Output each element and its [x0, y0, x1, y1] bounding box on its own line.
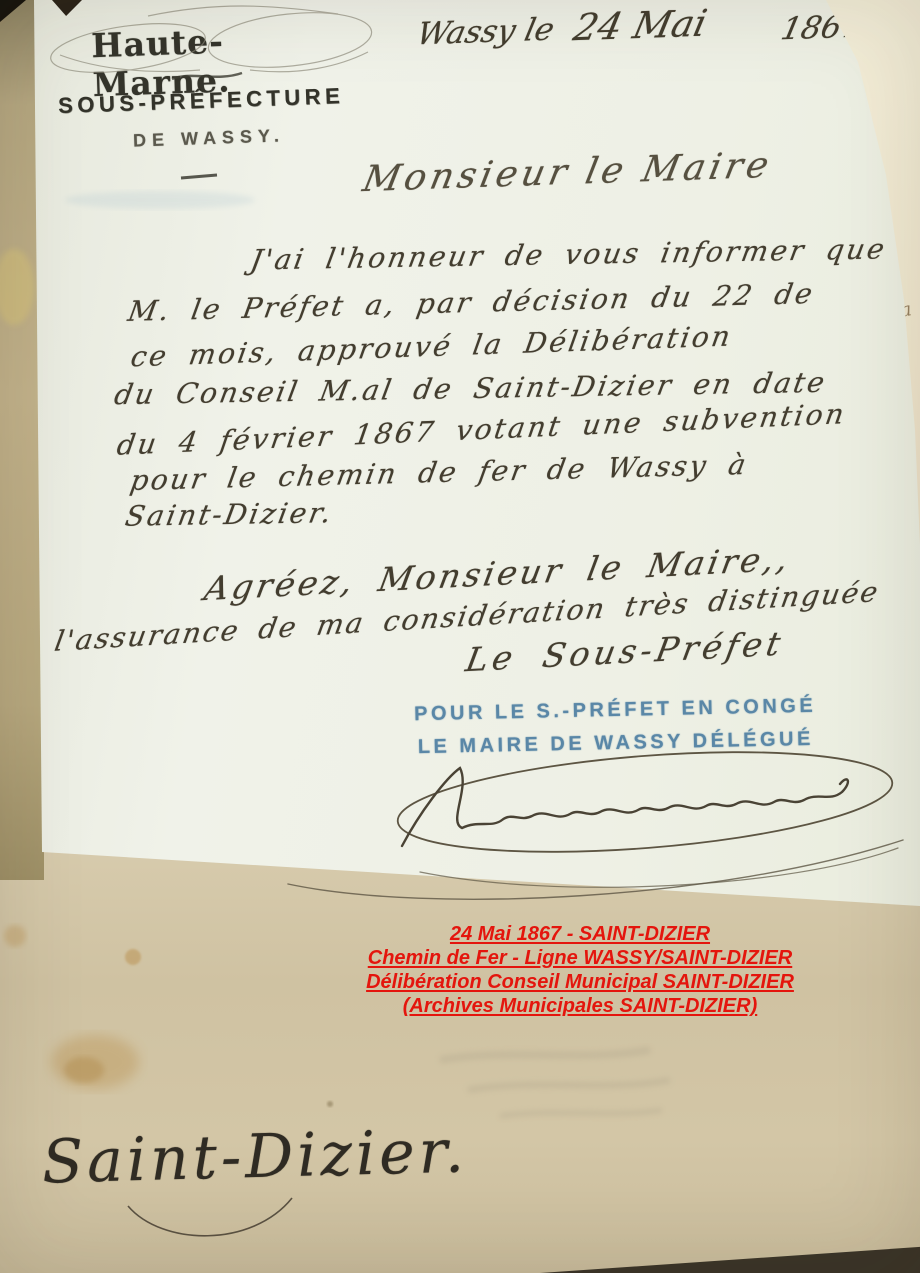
bottom-annotation: Saint-Dizier.: [41, 1116, 469, 1197]
body-line: J'ai l'honneur de vous informer que: [248, 232, 889, 276]
caption-line-1: 24 Mai 1867 - SAINT-DIZIER: [310, 922, 850, 946]
dateline-day: 24 Mai: [570, 2, 711, 50]
dateline-place: Wassy le: [414, 12, 558, 53]
caption-line-4: (Archives Municipales SAINT-DIZIER): [310, 994, 850, 1018]
letterhead-place: DE WASSY.: [133, 125, 286, 151]
body-line: ce mois, approuvé la Délibération: [129, 320, 735, 374]
archivist-caption: 24 Mai 1867 - SAINT-DIZIER Chemin de Fer…: [310, 922, 850, 1018]
delegation-stamp: POUR LE S.-PRÉFET EN CONGÉ LE MAIRE DE W…: [382, 689, 848, 765]
signoff: Le Sous-Préfet: [463, 624, 788, 679]
letter-photo: la ga à Haute-Marne. SOUS-PRÉFECTURE DE …: [0, 0, 920, 1273]
caption-line-2: Chemin de Fer - Ligne WASSY/SAINT-DIZIER: [310, 946, 850, 970]
salutation: Monsieur le Maire: [359, 145, 776, 200]
body-line: Saint-Dizier.: [123, 496, 336, 533]
caption-line-3: Délibération Conseil Municipal SAINT-DIZ…: [310, 970, 850, 994]
